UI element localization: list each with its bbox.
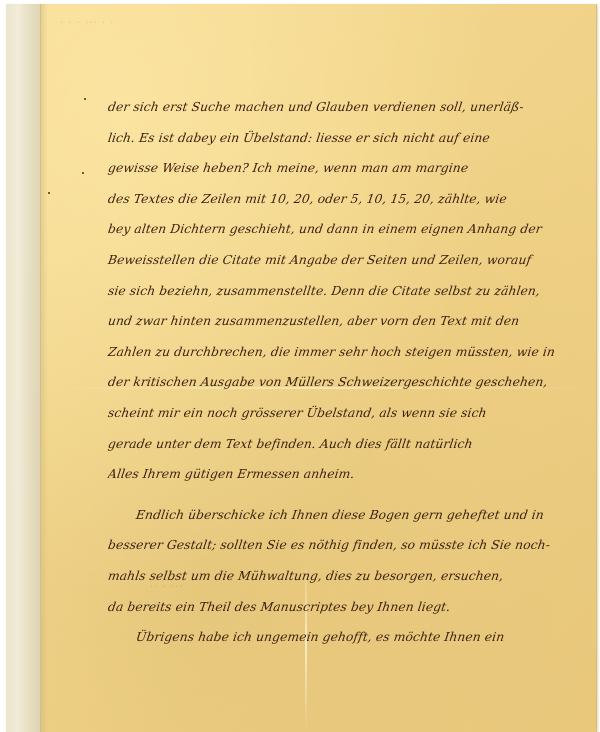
margin-mark: [48, 192, 50, 194]
text-line: und zwar hinten zusammenzustellen, aber …: [106, 306, 580, 337]
paragraph-1: der sich erst Suche machen und Glauben v…: [108, 92, 578, 490]
binding-guard-strip: [6, 4, 41, 732]
text-line: Beweisstellen die Citate mit Angabe der …: [106, 245, 580, 276]
letter-body: der sich erst Suche machen und Glauben v…: [108, 92, 578, 653]
margin-mark: [82, 172, 84, 174]
text-line: Endlich überschicke ich Ihnen diese Boge…: [106, 500, 580, 531]
guard-strip-edge-shadow: [40, 4, 48, 732]
text-line: der kritischen Ausgabe von Müllers Schwe…: [106, 367, 580, 398]
text-line: da bereits ein Theil des Manuscriptes be…: [106, 592, 580, 623]
margin-mark: [84, 98, 86, 100]
text-line: der sich erst Suche machen und Glauben v…: [106, 92, 580, 123]
text-line: Zahlen zu durchbrechen, die immer sehr h…: [106, 337, 580, 368]
text-line: gewisse Weise heben? Ich meine, wenn man…: [106, 153, 580, 184]
text-line: sie sich beziehn, zusammenstellte. Denn …: [106, 276, 580, 307]
text-line: Alles Ihrem gütigen Ermessen anheim.: [106, 459, 580, 490]
text-line: des Textes die Zeilen mit 10, 20, oder 5…: [106, 184, 580, 215]
text-line: mahls selbst um die Mühwaltung, dies zu …: [106, 561, 580, 592]
text-line: Übrigens habe ich ungemein gehofft, es m…: [106, 622, 580, 653]
text-line: gerade unter dem Text befinden. Auch die…: [106, 429, 580, 460]
text-line: lich. Es ist dabey ein Übelstand: liesse…: [106, 123, 580, 154]
paragraph-3: Übrigens habe ich ungemein gehofft, es m…: [108, 622, 578, 653]
text-line: bey alten Dichtern geschieht, und dann i…: [106, 214, 580, 245]
paragraph-2: Endlich überschicke ich Ihnen diese Boge…: [108, 500, 578, 622]
show-through-text: · · · ··· · ·: [60, 18, 114, 29]
text-line: besserer Gestalt; sollten Sie es nöthig …: [106, 530, 580, 561]
text-line: scheint mir ein noch grösserer Übelstand…: [106, 398, 580, 429]
